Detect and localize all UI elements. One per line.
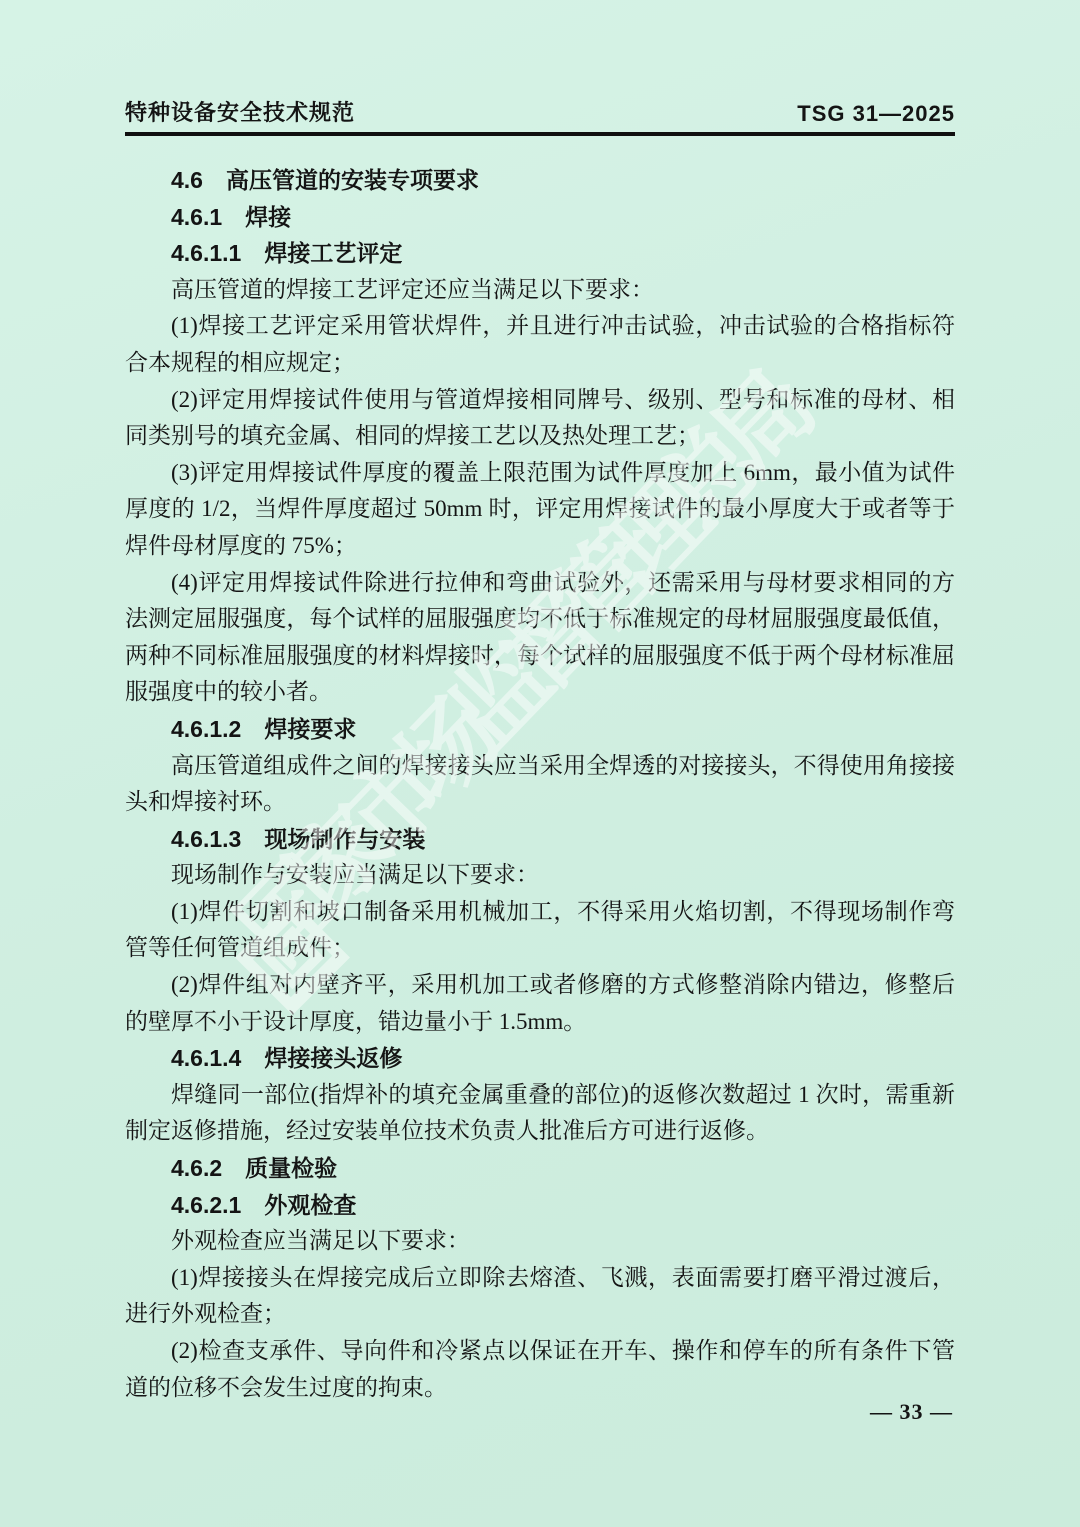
paragraph: 现场制作与安装应当满足以下要求： <box>125 857 955 894</box>
paragraph: 高压管道组成件之间的焊接接头应当采用全焊透的对接接头，不得使用角接接头和焊接衬环… <box>125 748 955 821</box>
heading-4-6-1: 4.6.1 焊接 <box>125 199 955 236</box>
heading-4-6: 4.6 高压管道的安装专项要求 <box>125 162 955 199</box>
paragraph: 外观检查应当满足以下要求： <box>125 1223 955 1260</box>
paragraph: (3)评定用焊接试件厚度的覆盖上限范围为试件厚度加上 6mm，最小值为试件厚度的… <box>125 455 955 565</box>
paragraph: (4)评定用焊接试件除进行拉伸和弯曲试验外，还需采用与母材要求相同的方法测定屈服… <box>125 565 955 711</box>
header-title: 特种设备安全技术规范 <box>125 96 355 127</box>
paragraph: (2)评定用焊接试件使用与管道焊接相同牌号、级别、型号和标准的母材、相同类别号的… <box>125 382 955 455</box>
page-header: 特种设备安全技术规范 TSG 31—2025 <box>125 96 955 136</box>
paragraph: 高压管道的焊接工艺评定还应当满足以下要求： <box>125 272 955 309</box>
paragraph: (1)焊件切割和坡口制备采用机械加工，不得采用火焰切割，不得现场制作弯管等任何管… <box>125 894 955 967</box>
paragraph: 焊缝同一部位(指焊补的填充金属重叠的部位)的返修次数超过 1 次时，需重新制定返… <box>125 1077 955 1150</box>
heading-4-6-1-1: 4.6.1.1 焊接工艺评定 <box>125 235 955 272</box>
heading-4-6-2: 4.6.2 质量检验 <box>125 1150 955 1187</box>
heading-4-6-1-4: 4.6.1.4 焊接接头返修 <box>125 1040 955 1077</box>
header-doc-number: TSG 31—2025 <box>797 101 955 127</box>
page-number: — 33 — <box>870 1399 953 1425</box>
heading-4-6-2-1: 4.6.2.1 外观检查 <box>125 1187 955 1224</box>
paragraph: (1)焊接工艺评定采用管状焊件，并且进行冲击试验，冲击试验的合格指标符合本规程的… <box>125 308 955 381</box>
heading-4-6-1-3: 4.6.1.3 现场制作与安装 <box>125 821 955 858</box>
paragraph: (2)焊件组对内壁齐平，采用机加工或者修磨的方式修整消除内错边，修整后的壁厚不小… <box>125 967 955 1040</box>
heading-4-6-1-2: 4.6.1.2 焊接要求 <box>125 711 955 748</box>
paragraph: (2)检查支承件、导向件和冷紧点以保证在开车、操作和停车的所有条件下管道的位移不… <box>125 1333 955 1406</box>
document-body: 4.6 高压管道的安装专项要求 4.6.1 焊接 4.6.1.1 焊接工艺评定 … <box>125 162 955 1406</box>
document-page: 特种设备安全技术规范 TSG 31—2025 4.6 高压管道的安装专项要求 4… <box>0 0 1080 1527</box>
paragraph: (1)焊接接头在焊接完成后立即除去熔渣、飞溅，表面需要打磨平滑过渡后，进行外观检… <box>125 1260 955 1333</box>
